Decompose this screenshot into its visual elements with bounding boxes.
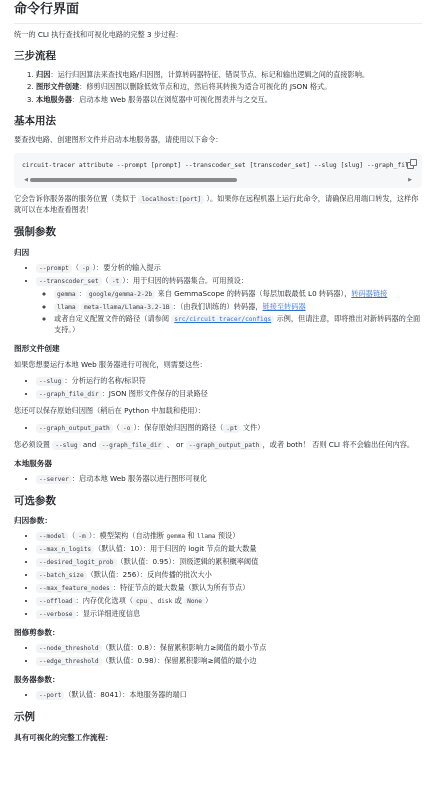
section-heading-optional: 可选参数 [14,495,422,509]
required-attribution-list: --prompt（-p）：要分析的输入提示 --transcoder_set（-… [14,263,422,336]
list-item: 归因：运行归因算法来查找电路/归因图，计算转码器特征、错误节点、标记和输出逻辑之… [36,70,422,80]
horizontal-scrollbar[interactable]: ◀ ▶ [22,176,414,184]
list-item: --verbose：显示详细进度信息 [36,609,422,620]
list-item: 本地服务器：启动本地 Web 服务器以在浏览器中可视化图表并与之交互。 [36,95,422,105]
optional-attribution-list: --model（-m）：模型架构（自动推断 gemma 和 llama 预设） … [14,531,422,620]
list-item: --desired_logit_prob（默认值：0.95）：顶级逻辑的累积概率… [36,557,422,568]
page-title: 命令行界面 [14,2,422,24]
subheading-local-server: 本地服务器 [14,458,422,469]
graph-file-intro: 如果您想要运行本地 Web 服务器进行可视化，则需要这些： [14,360,422,370]
list-item: 或者自定义配置文件的路径（请参阅 src/circuit_tracer/conf… [54,314,422,335]
section-heading-three-step: 三步流程 [14,50,422,64]
three-step-list: 归因：运行归因算法来查找电路/归因图，计算转码器特征、错误节点、标记和输出逻辑之… [14,70,422,105]
link-to-transcoder[interactable]: 链接至转码器 [262,302,305,311]
pruning-list: --node_threshold（默认值：0.8）：保留累积影响力≥阈值的最小节… [14,643,422,667]
command-text[interactable]: circuit-tracer attribute --prompt [promp… [22,161,414,170]
server-note: 它会告诉你服务器的服务位置（类似于 localhost:[port] ）。如果你… [14,194,422,215]
scroll-right-icon[interactable]: ▶ [406,177,414,184]
command-code-block: circuit-tracer attribute --prompt [promp… [14,153,422,188]
subheading-attribution-params: 归因参数： [14,515,422,526]
configs-link[interactable]: src/circuit_tracer/configs [171,314,274,323]
list-item: --transcoder_set（-t）：用于归因的转码器集合。可用预设： ge… [36,276,422,336]
list-item: --slug：分析运行的名称/标识符 [36,376,422,387]
list-item: --max_feature_nodes：特征节点的最大数量（默认为所有节点） [36,583,422,594]
list-item: llama meta-llama/Llama-3.2-1B：（由我们训练的）转码… [54,302,422,313]
section-heading-examples: 示例 [14,711,422,725]
intro-text: 统一的 CLI 执行查找和可视化电路的完整 3 步过程： [14,30,422,40]
subheading-attribution: 归因 [14,247,422,258]
graph-file-list: --slug：分析运行的名称/标识符 --graph_file_dir：JSON… [14,376,422,400]
section-heading-basic-usage: 基本用法 [14,115,422,129]
section-heading-required: 强制参数 [14,226,422,240]
document-page: 命令行界面 统一的 CLI 执行查找和可视化电路的完整 3 步过程： 三步流程 … [0,0,436,743]
list-item: --model（-m）：模型架构（自动推断 gemma 和 llama 预设） [36,531,422,542]
list-item: --node_threshold（默认值：0.8）：保留累积影响力≥阈值的最小节… [36,643,422,654]
transcoder-link[interactable]: 转码器链接 [351,289,387,298]
list-item: --batch_size（默认值：256）：反向传播的批次大小 [36,570,422,581]
basic-usage-intro: 要查找电路、创建图形文件并启动本地服务器，请使用以下命令： [14,135,422,145]
subheading-server-params: 服务器参数： [14,674,422,685]
scrollbar-track[interactable] [30,178,406,182]
list-item: --prompt（-p）：要分析的输入提示 [36,263,422,274]
scroll-left-icon[interactable]: ◀ [22,177,30,184]
list-item: 图形文件创建：修剪归因图以删除低效节点和边，然后将其转换为适合可视化的 JSON… [36,82,422,92]
preset-list: gemma：google/gemma-2-2b 来自 GemmaScope 的转… [36,289,422,336]
list-item: --offload：内存优化选项（cpu、disk 或 None） [36,596,422,607]
raw-graph-list: --graph_output_path（-o）：保存原始归因图的路径（.pt 文… [14,423,422,434]
list-item: gemma：google/gemma-2-2b 来自 GemmaScope 的转… [54,289,422,300]
list-item: --graph_file_dir：JSON 图形文件保存的目录路径 [36,389,422,400]
subheading-graph-file: 图形文件创建 [14,343,422,354]
must-set-note: 您必须设置 --slug and --graph_file_dir 、 or -… [14,440,422,451]
raw-graph-intro: 您还可以保存原始归因图（稍后在 Python 中加载和使用）： [14,406,422,416]
list-item: --graph_output_path（-o）：保存原始归因图的路径（.pt 文… [36,423,422,434]
subheading-pruning-params: 图修剪参数： [14,627,422,638]
scrollbar-thumb[interactable] [30,178,237,182]
copy-icon[interactable] [407,159,416,168]
subheading-full-workflow: 具有可视化的完整工作流程： [14,732,422,743]
local-server-list: --server：启动本地 Web 服务器以进行图形可视化 [14,474,422,485]
server-params-list: --port（默认值：8041）：本地服务器的端口 [14,690,422,701]
list-item: --server：启动本地 Web 服务器以进行图形可视化 [36,474,422,485]
list-item: --edge_threshold（默认值：0.98）：保留累积影响≥阈值的最小边 [36,656,422,667]
list-item: --port（默认值：8041）：本地服务器的端口 [36,690,422,701]
list-item: --max_n_logits（默认值：10）：用于归因的 logit 节点的最大… [36,544,422,555]
